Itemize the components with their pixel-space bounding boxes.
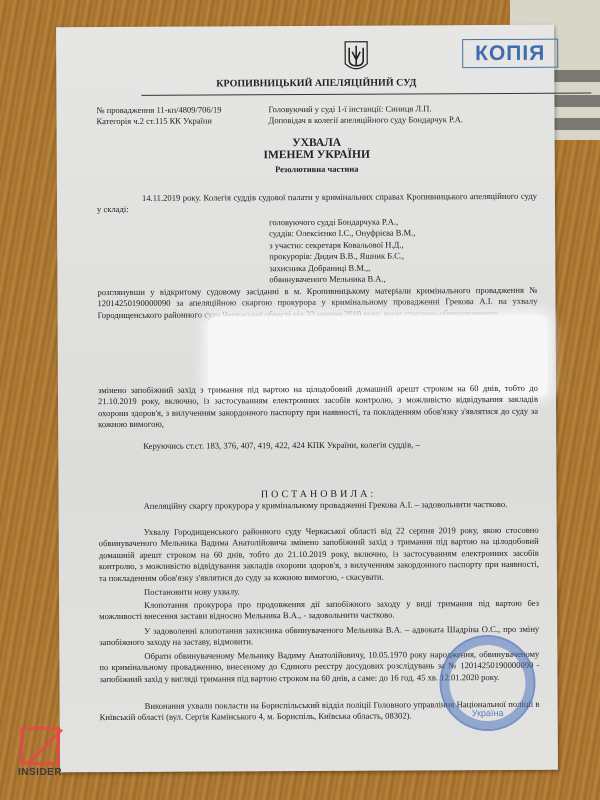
composition-line: захисника Добраниці В.М.,, <box>269 262 415 274</box>
seal-text: Україна <box>442 707 534 719</box>
composition-line: головуючого судді Бондарчука Р.А., <box>269 216 415 228</box>
judges-meta: Головуючий у суді 1-ї інстанції: Синиця … <box>268 103 463 125</box>
court-document: КОПІЯ КРОПИВНИЦЬКИЙ АПЕЛЯЦІЙНИЙ СУД № пр… <box>56 25 558 773</box>
composition-line: з участю: секретаря Ковальової Н.Д., <box>269 239 415 251</box>
case-number: № провадження 11-кп/4809/706/19 <box>96 104 221 115</box>
case-category: Категорія ч.2 ст.115 КК України <box>97 115 222 126</box>
insider-logo-icon <box>20 727 60 765</box>
court-composition: головуючого судді Бондарчука Р.А., судді… <box>269 216 416 285</box>
composition-line: обвинуваченого Мельника В.А., <box>269 273 415 285</box>
composition-line: прокурорів: Дидич В.В., Яшник Б.С., <box>269 251 415 263</box>
doc-section: Резолютивна частина <box>97 163 537 177</box>
composition-line: суддів: Олексієнко І.С., Онуфрієва В.М., <box>269 228 415 240</box>
document-body: КОПІЯ КРОПИВНИЦЬКИЙ АПЕЛЯЦІЙНИЙ СУД № пр… <box>96 25 536 27</box>
watermark-text: INSIDER <box>18 767 62 778</box>
trident-emblem-icon <box>343 40 369 76</box>
header-divider <box>141 93 591 96</box>
resolution-item: Постановити нову ухвалу. <box>99 585 539 599</box>
resolution-item: Клопотання прокурора про продовження дії… <box>99 598 539 623</box>
court-name: КРОПИВНИЦЬКИЙ АПЕЛЯЦІЙНИЙ СУД <box>96 77 536 91</box>
resolution-item: Апеляційну скаргу прокурора у кримінальн… <box>99 499 539 513</box>
resolution-item: Ухвалу Городищенського районного суду Че… <box>99 525 539 584</box>
copy-stamp: КОПІЯ <box>462 39 558 69</box>
case-meta: № провадження 11-кп/4809/706/19 Категорі… <box>96 104 221 126</box>
official-seal: Україна <box>439 635 536 732</box>
intro-paragraph: 14.11.2019 року. Колегія суддів судової … <box>97 191 537 216</box>
doc-subtitle: ІМЕНЕМ УКРАЇНИ <box>97 149 537 163</box>
guided-by: Керуючись ст.ст. 183, 376, 407, 419, 422… <box>98 439 538 453</box>
rapporteur: Доповідач в колегії апеляційного суду Бо… <box>269 114 464 126</box>
measure-paragraph: змінено запобіжний захід з тримання під … <box>98 383 538 431</box>
